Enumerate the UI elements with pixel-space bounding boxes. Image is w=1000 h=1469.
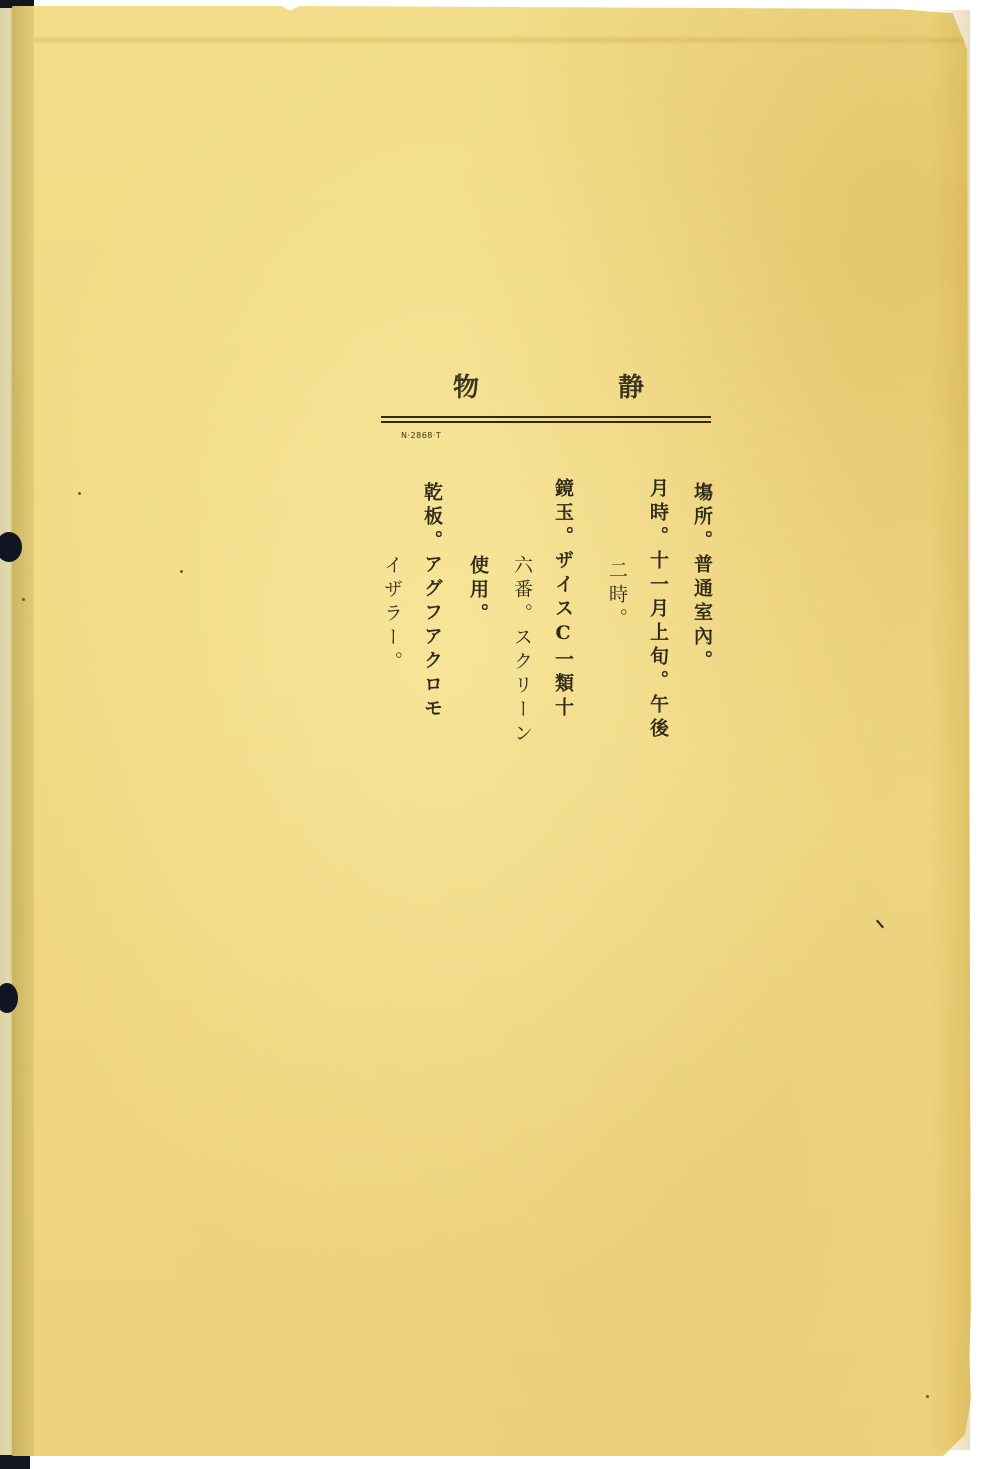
column-time: 月時。十一月上旬。午後 xyxy=(648,478,667,742)
title-char-sei: 静 xyxy=(618,367,644,404)
edge-stain xyxy=(930,10,970,1450)
gutter-shadow xyxy=(12,6,34,1456)
scan-background-corner xyxy=(0,1455,30,1469)
paper-speck xyxy=(926,1395,929,1398)
column-time-continued: 二時。 xyxy=(607,560,626,632)
top-stain xyxy=(34,35,964,45)
column-lens: 鏡玉。ザイスC一類十 xyxy=(553,478,572,721)
title-char-butsu: 物 xyxy=(453,367,479,404)
title-rule-lower xyxy=(381,421,711,423)
paper-page xyxy=(12,6,972,1456)
paper-speck xyxy=(22,598,25,601)
column-location: 塲所。普通室內。 xyxy=(692,482,711,674)
title-rule-upper xyxy=(381,416,711,418)
column-plate-continued: イザラー。 xyxy=(382,555,401,675)
column-lens-usage: 使用。 xyxy=(468,555,487,627)
paper-speck xyxy=(180,570,183,573)
column-plate: 乾板。アグフアクロモ xyxy=(422,482,441,722)
paper-speck xyxy=(78,492,81,495)
plate-number: N·2868·T xyxy=(401,431,441,440)
column-lens-continued: 六番。スクリーン xyxy=(512,555,531,747)
